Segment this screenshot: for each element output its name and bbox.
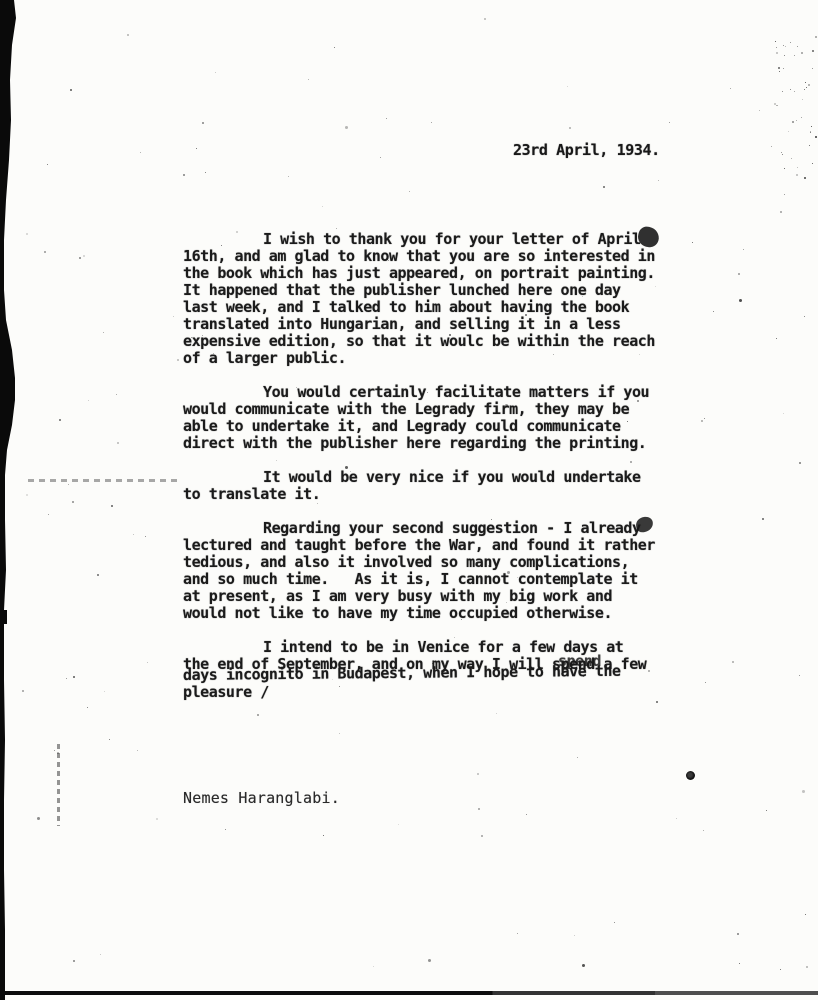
noise-speck [783, 68, 784, 69]
noise-speck [809, 145, 810, 146]
noise-speck [215, 72, 216, 73]
text-line: I intend to be in Venice for a few days … [183, 639, 688, 656]
noise-speck [567, 86, 568, 87]
noise-speck [811, 126, 812, 127]
noise-speck [308, 79, 309, 80]
noise-speck [781, 152, 782, 153]
noise-speck [779, 71, 780, 72]
noise-speck [804, 316, 805, 317]
noise-speck [784, 55, 785, 56]
noise-speck [66, 678, 67, 679]
noise-speck [177, 359, 179, 361]
noise-speck [127, 34, 129, 36]
noise-speck [774, 103, 776, 105]
text-line: days incognito in Budapest, when I hope … [183, 662, 688, 684]
text-line: It happened that the publisher lunched h… [183, 282, 688, 299]
noise-speck [759, 110, 760, 111]
noise-speck [812, 163, 813, 164]
noise-speck [478, 808, 480, 810]
text-line: You would certainly facilitate matters i… [183, 384, 688, 401]
noise-speck [97, 574, 99, 576]
noise-speck [801, 117, 802, 118]
noise-speck [373, 966, 374, 967]
noise-speck [790, 42, 791, 43]
noise-speck [603, 186, 605, 188]
text-line: last week, and I talked to him about hav… [183, 299, 688, 316]
noise-speck [104, 691, 105, 692]
noise-speck [790, 89, 791, 90]
scan-binding-edge [0, 0, 22, 1000]
noise-speck [484, 18, 486, 20]
noise-speck [797, 167, 798, 168]
noise-speck [762, 518, 764, 520]
noise-speck [398, 824, 399, 825]
paragraph-2: You would certainly facilitate matters i… [183, 384, 688, 452]
noise-speck [739, 299, 742, 302]
noise-speck [785, 46, 786, 47]
noise-speck [810, 131, 811, 132]
noise-speck [205, 172, 206, 173]
noise-speck [323, 835, 324, 836]
noise-speck [788, 131, 789, 132]
noise-speck [26, 233, 28, 235]
noise-speck [812, 68, 813, 69]
noise-speck [780, 969, 781, 970]
noise-speck [799, 675, 800, 676]
noise-speck [428, 959, 431, 962]
text-line: would communicate with the Legrady firm,… [183, 401, 688, 418]
horizontal-smudge-artifact [28, 479, 178, 482]
noise-speck [481, 835, 483, 837]
noise-speck [730, 88, 731, 89]
text-line: at present, as I am very busy with my bi… [183, 588, 688, 605]
noise-speck [692, 242, 693, 243]
noise-speck [339, 733, 340, 734]
noise-speck [776, 52, 778, 54]
noise-speck [26, 494, 28, 496]
noise-speck [70, 89, 72, 91]
noise-speck [794, 91, 795, 92]
noise-speck [140, 152, 141, 153]
noise-speck [796, 120, 797, 121]
noise-speck [111, 505, 113, 507]
noise-speck [771, 146, 772, 147]
noise-speck [808, 84, 810, 86]
noise-speck [713, 311, 714, 312]
noise-speck [386, 118, 387, 119]
noise-speck [48, 514, 49, 515]
noise-speck [288, 176, 289, 177]
noise-speck [147, 662, 148, 663]
noise-speck [784, 194, 785, 195]
paragraph-3: It would be very nice if you would under… [183, 469, 688, 503]
noise-speck [701, 420, 703, 422]
noise-speck [732, 661, 734, 663]
noise-speck [805, 914, 806, 915]
noise-speck [782, 154, 783, 155]
noise-speck [797, 46, 798, 47]
text-line: Regarding your second suggestion - I alr… [183, 520, 688, 537]
noise-speck [569, 127, 571, 129]
noise-speck [791, 158, 792, 159]
text-line: direct with the publisher here regarding… [183, 435, 688, 452]
text-line: translated into Hungarian, and selling i… [183, 316, 688, 333]
noise-speck [705, 682, 706, 683]
noise-speck [658, 180, 659, 181]
noise-speck [676, 818, 677, 819]
noise-speck [517, 933, 518, 934]
noise-speck [173, 316, 174, 317]
noise-speck [775, 41, 776, 42]
noise-speck [805, 82, 806, 83]
ink-dot-right [686, 771, 695, 780]
noise-speck [137, 750, 138, 751]
scan-bottom-edge [4, 991, 818, 995]
noise-speck [183, 174, 185, 176]
noise-speck [669, 122, 670, 123]
noise-speck [100, 954, 101, 955]
noise-speck [37, 817, 40, 820]
noise-speck [815, 36, 817, 38]
noise-speck [804, 89, 805, 90]
noise-speck [703, 830, 704, 831]
letter-date: 23rd April, 1934. [513, 141, 660, 159]
noise-speck [196, 148, 197, 149]
text-line: to translate it. [183, 486, 688, 503]
text-line: would not like to have my time occupied … [183, 605, 688, 622]
noise-speck [806, 87, 807, 88]
noise-speck [145, 536, 146, 537]
paragraph-5: I intend to be in Venice for a few days … [183, 639, 688, 701]
noise-speck [68, 484, 69, 485]
noise-speck [44, 251, 46, 253]
noise-speck [738, 273, 740, 275]
text-line: pleasure / [183, 684, 688, 701]
paragraph-1: I wish to thank you for your letter of A… [183, 231, 688, 367]
noise-speck [778, 67, 780, 69]
noise-speck [766, 810, 767, 811]
text-line: able to undertake it, and Legrady could … [183, 418, 688, 435]
noise-speck [810, 132, 811, 133]
noise-speck [133, 534, 134, 535]
noise-speck [704, 418, 705, 419]
noise-speck [783, 45, 784, 46]
text-line: of a larger public. [183, 350, 688, 367]
noise-speck [802, 790, 805, 793]
vertical-smudge-artifact [57, 744, 60, 826]
noise-speck [812, 50, 814, 52]
noise-speck [801, 52, 803, 54]
noise-speck [117, 442, 119, 444]
noise-speck [577, 757, 578, 758]
text-line: expensive edition, so that it woulc be w… [183, 333, 688, 350]
noise-speck [431, 122, 432, 123]
text-line: the book which has just appeared, on por… [183, 265, 688, 282]
scanned-letter-page: 23rd April, 1934. I wish to thank you fo… [0, 0, 818, 1000]
noise-speck [380, 157, 381, 158]
noise-speck [799, 462, 801, 464]
noise-speck [582, 964, 585, 967]
noise-speck [784, 168, 785, 169]
noise-speck [737, 933, 739, 935]
noise-speck [156, 818, 158, 820]
noise-speck [783, 413, 784, 414]
noise-speck [72, 501, 74, 503]
noise-speck [574, 935, 575, 936]
noise-speck [202, 122, 204, 124]
noise-speck [88, 400, 89, 401]
signature-name: Nemes Haranglabi. [183, 789, 340, 807]
noise-speck [225, 829, 226, 830]
noise-speck [47, 164, 48, 165]
text-line: tedious, and also it involved so many co… [183, 554, 688, 571]
noise-speck [103, 332, 104, 333]
paragraph-4: Regarding your second suggestion - I alr… [183, 520, 688, 622]
noise-speck [743, 249, 744, 250]
noise-speck [334, 47, 335, 48]
noise-speck [739, 963, 740, 964]
noise-speck [83, 255, 85, 257]
noise-speck [87, 707, 88, 708]
noise-speck [116, 394, 117, 395]
noise-speck [796, 174, 798, 176]
text-line: It would be very nice if you would under… [183, 469, 688, 486]
noise-speck [780, 211, 782, 213]
noise-speck [806, 966, 808, 968]
noise-speck [804, 177, 806, 179]
noise-speck [614, 922, 615, 923]
noise-speck [322, 206, 323, 207]
noise-speck [477, 773, 479, 775]
noise-speck [22, 690, 24, 692]
text-line: lectured and taught before the War, and … [183, 537, 688, 554]
noise-speck [409, 191, 410, 192]
noise-speck [777, 105, 778, 106]
noise-speck [792, 121, 794, 123]
noise-speck [73, 960, 75, 962]
noise-speck [776, 338, 777, 339]
noise-speck [109, 739, 110, 740]
noise-speck [345, 126, 348, 129]
noise-speck [782, 91, 783, 92]
noise-speck [59, 419, 61, 421]
noise-speck [776, 47, 777, 48]
noise-speck [802, 99, 803, 100]
noise-speck [815, 136, 817, 138]
noise-speck [794, 55, 795, 56]
overtype-correction: spend [558, 652, 601, 670]
noise-speck [54, 750, 55, 751]
noise-speck [73, 676, 75, 678]
text-line: 16th, and am glad to know that you are s… [183, 248, 688, 265]
noise-speck [79, 257, 81, 259]
noise-speck [526, 814, 527, 815]
noise-speck [776, 105, 777, 106]
text-line: and so much time. As it is, I cannot con… [183, 571, 688, 588]
text-line: I wish to thank you for your letter of A… [183, 231, 688, 248]
letter-body: I wish to thank you for your letter of A… [183, 231, 688, 718]
